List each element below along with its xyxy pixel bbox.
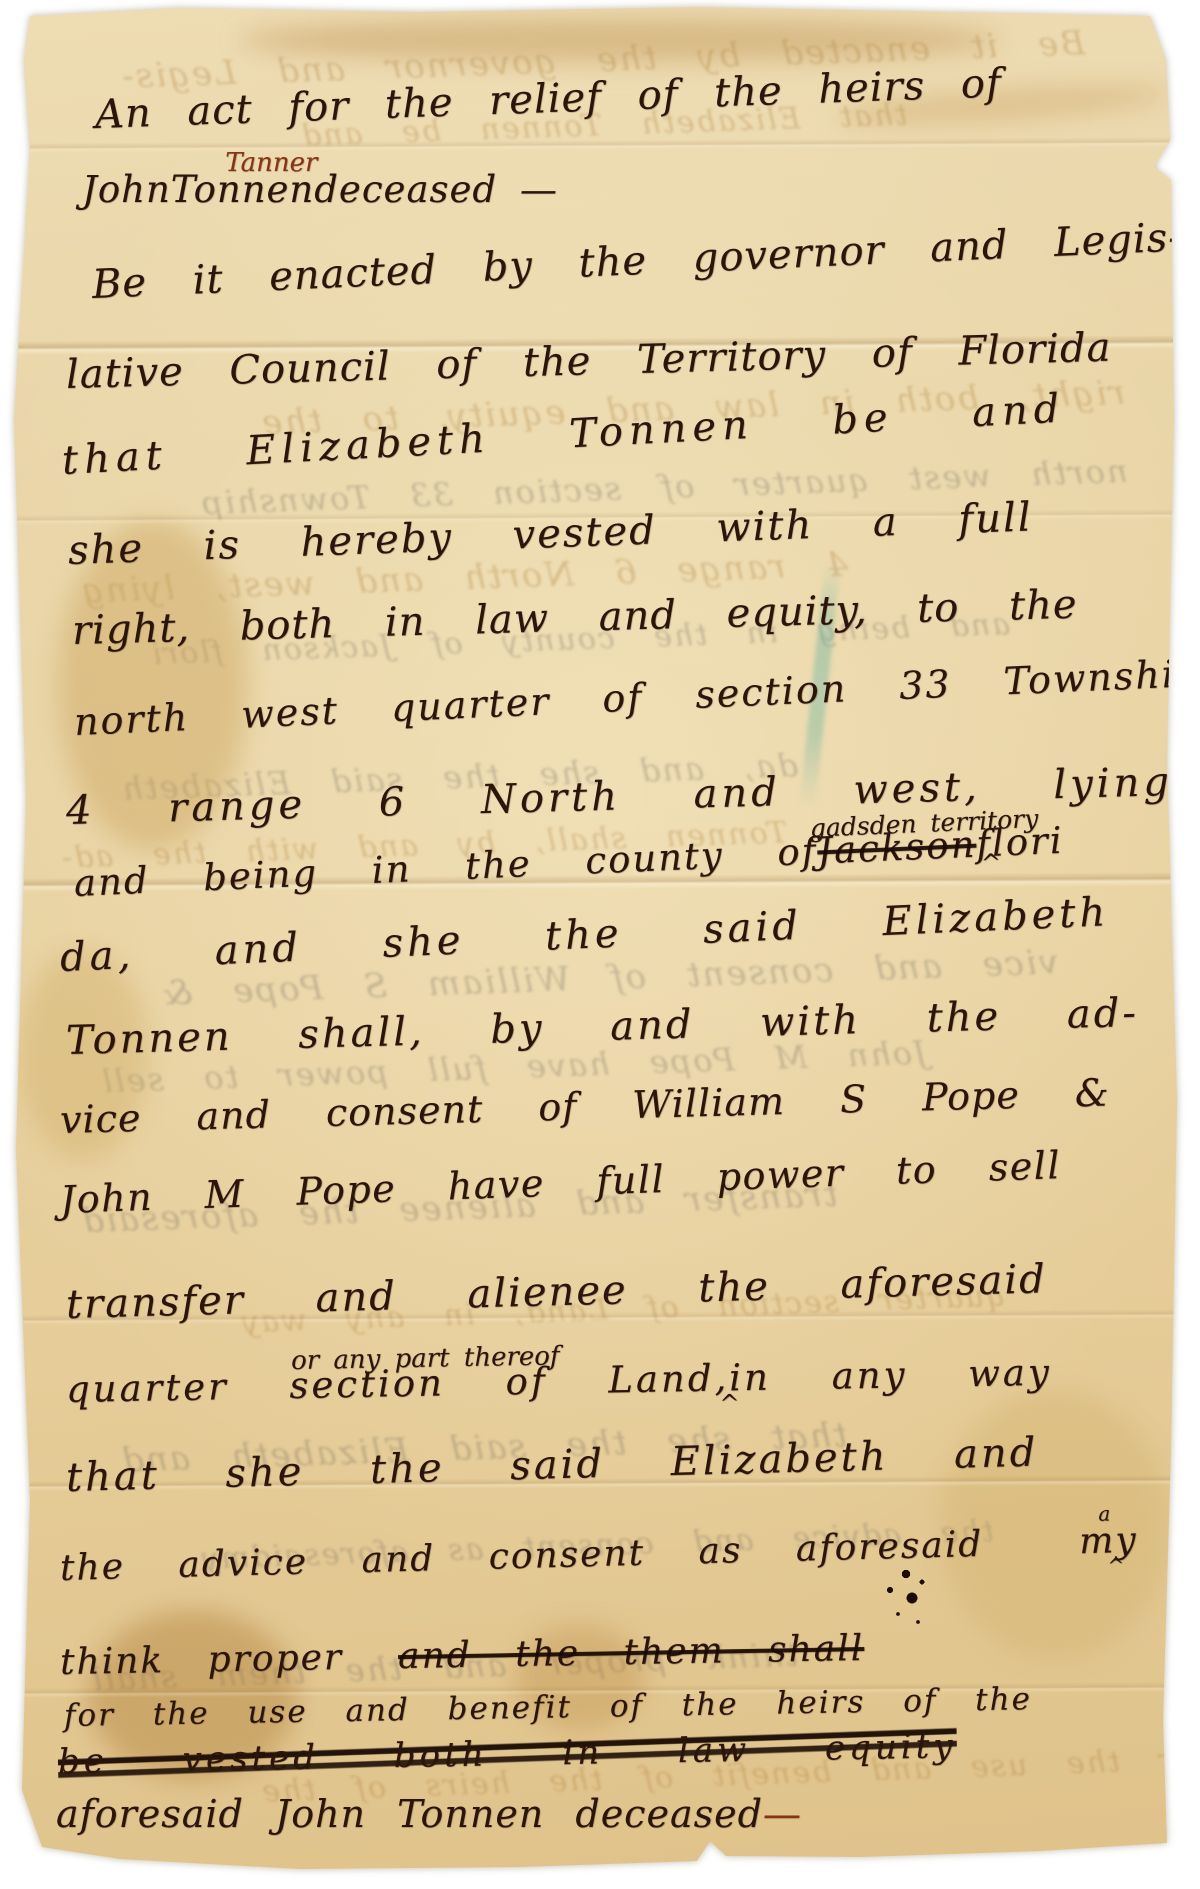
text-segment: that Elizabeth Tonnen be and bbox=[61, 385, 1067, 484]
segment-text: Tonnen shall, by and with the ad- bbox=[65, 990, 1139, 1064]
inserted-text: a bbox=[1098, 1501, 1111, 1525]
text-segment: aforesaid John Tonnen deceased bbox=[56, 1792, 763, 1836]
text-segment: and the them shall bbox=[398, 1628, 865, 1677]
manuscript-line: right, both in law and equity, to the bbox=[71, 582, 1078, 654]
caret-mark: ^ bbox=[1107, 1553, 1124, 1577]
text-segment: flori bbox=[975, 819, 1064, 866]
segment-text: Be it enacted by the governor and Legis- bbox=[91, 214, 1184, 308]
text-segment: John M Pope have full power to sell bbox=[59, 1143, 1061, 1222]
segment-text: da, and she the said Elizabeth bbox=[59, 889, 1110, 981]
text-segment: John bbox=[82, 168, 171, 211]
text-segment: An act for the relief of the heirs of bbox=[94, 60, 1002, 138]
text-segment: gadsden territoryJackson^ bbox=[816, 823, 977, 873]
segment-text: in any way bbox=[729, 1351, 1052, 1400]
segment-text: north west quarter of section 33 Townshi… bbox=[73, 651, 1200, 744]
manuscript-line: An act for the relief of the heirs of bbox=[94, 60, 1002, 138]
manuscript-line: John TannerTonnen deceased — bbox=[82, 168, 558, 211]
text-segment: that she the said Elizabeth and bbox=[65, 1430, 1038, 1501]
segment-text: for the use and benefit of the heirs of … bbox=[64, 1681, 1033, 1734]
manuscript-line: the advice and consent as aforesaidamy^ bbox=[59, 1520, 1138, 1589]
text-segment: or any part thereofquarter section of La… bbox=[66, 1356, 730, 1411]
segment-text: and the them shall bbox=[398, 1628, 865, 1677]
text-segment: north west quarter of section 33 Townshi… bbox=[73, 651, 1200, 744]
manuscript-line: or any part thereofquarter section of La… bbox=[66, 1351, 1053, 1411]
segment-text: be vested both in law equity bbox=[58, 1726, 957, 1782]
text-segment: lative Council of the Territory of Flori… bbox=[65, 325, 1112, 398]
manuscript-line: she is hereby vested with a full bbox=[67, 494, 1033, 574]
manuscript-line: vice and consent of William S Pope & bbox=[59, 1071, 1110, 1142]
text-segment: she is hereby vested with a full bbox=[67, 494, 1033, 574]
segment-text: that she the said Elizabeth and bbox=[65, 1430, 1038, 1501]
manuscript-line: think proper and the them shall bbox=[60, 1628, 865, 1683]
manuscript-line: lative Council of the Territory of Flori… bbox=[65, 325, 1112, 398]
segment-text: deceased — bbox=[314, 168, 558, 211]
paper-shadow: Be it enacted by the governor and Legis-… bbox=[0, 0, 1200, 1889]
text-segment: TannerTonnen bbox=[171, 168, 314, 211]
scan-background: Be it enacted by the governor and Legis-… bbox=[0, 0, 1200, 1889]
segment-text: transfer and alienee the aforesaid bbox=[65, 1256, 1047, 1328]
text-segment: Be it enacted by the governor and Legis- bbox=[91, 214, 1184, 308]
segment-text: John bbox=[82, 168, 171, 211]
segment-text: flori bbox=[975, 819, 1064, 866]
manuscript-line: that she the said Elizabeth and bbox=[65, 1430, 1038, 1501]
manuscript-line: north west quarter of section 33 Townshi… bbox=[73, 651, 1200, 744]
manuscript-line: Tonnen shall, by and with the ad- bbox=[65, 990, 1139, 1064]
segment-text: lative Council of the Territory of Flori… bbox=[65, 325, 1112, 398]
inserted-text: or any part thereof bbox=[291, 1341, 560, 1376]
text-segment: for the use and benefit of the heirs of … bbox=[64, 1681, 1033, 1734]
text-segment: transfer and alienee the aforesaid bbox=[65, 1256, 1047, 1328]
segment-text: she is hereby vested with a full bbox=[67, 494, 1033, 574]
text-segment: da, and she the said Elizabeth bbox=[59, 889, 1110, 981]
text-segment: — bbox=[763, 1792, 802, 1836]
segment-text: John M Pope have full power to sell bbox=[59, 1143, 1061, 1222]
segment-text: right, both in law and equity, to the bbox=[71, 582, 1078, 654]
segment-text: — bbox=[763, 1792, 802, 1836]
text-segment: right, both in law and equity, to the bbox=[71, 582, 1078, 654]
manuscript-line: aforesaid John Tonnen deceased — bbox=[56, 1792, 802, 1836]
manuscript-line: that Elizabeth Tonnen be and bbox=[61, 385, 1067, 484]
text-segment: Tonnen shall, by and with the ad- bbox=[65, 990, 1139, 1064]
inserted-text: Tanner bbox=[225, 148, 317, 178]
segment-text: think proper bbox=[60, 1637, 344, 1683]
segment-text: aforesaid John Tonnen deceased bbox=[56, 1792, 763, 1836]
manuscript-line: transfer and alienee the aforesaid bbox=[65, 1256, 1047, 1328]
text-segment: amy^ bbox=[1079, 1520, 1139, 1563]
text-segment: vice and consent of William S Pope & bbox=[59, 1071, 1110, 1142]
segment-text: vice and consent of William S Pope & bbox=[59, 1071, 1110, 1142]
segment-text: An act for the relief of the heirs of bbox=[94, 60, 1002, 138]
manuscript-line: Be it enacted by the governor and Legis- bbox=[91, 214, 1184, 308]
text-segment: in any way bbox=[729, 1351, 1052, 1400]
text-segment: and being in the county of bbox=[73, 830, 818, 905]
manuscript-paper: Be it enacted by the governor and Legis-… bbox=[0, 0, 1200, 1889]
manuscript-line: John M Pope have full power to sell bbox=[59, 1143, 1061, 1222]
segment-text: that Elizabeth Tonnen be and bbox=[61, 385, 1067, 484]
text-segment: think proper bbox=[60, 1637, 344, 1683]
manuscript-line: for the use and benefit of the heirs of … bbox=[64, 1681, 1033, 1734]
text-segment: be vested both in law equity bbox=[58, 1726, 957, 1782]
manuscript-line: be vested both in law equity bbox=[58, 1726, 957, 1782]
text-segment: the advice and consent as aforesaid bbox=[59, 1524, 983, 1589]
manuscript-text-layer: An act for the relief of the heirs ofJoh… bbox=[0, 0, 1200, 1889]
segment-text: the advice and consent as aforesaid bbox=[59, 1524, 983, 1589]
segment-text: and being in the county of bbox=[73, 830, 818, 905]
text-segment: deceased — bbox=[314, 168, 558, 211]
manuscript-line: da, and she the said Elizabeth bbox=[59, 889, 1110, 981]
manuscript-line: and being in the county of gadsden terri… bbox=[73, 819, 1064, 905]
